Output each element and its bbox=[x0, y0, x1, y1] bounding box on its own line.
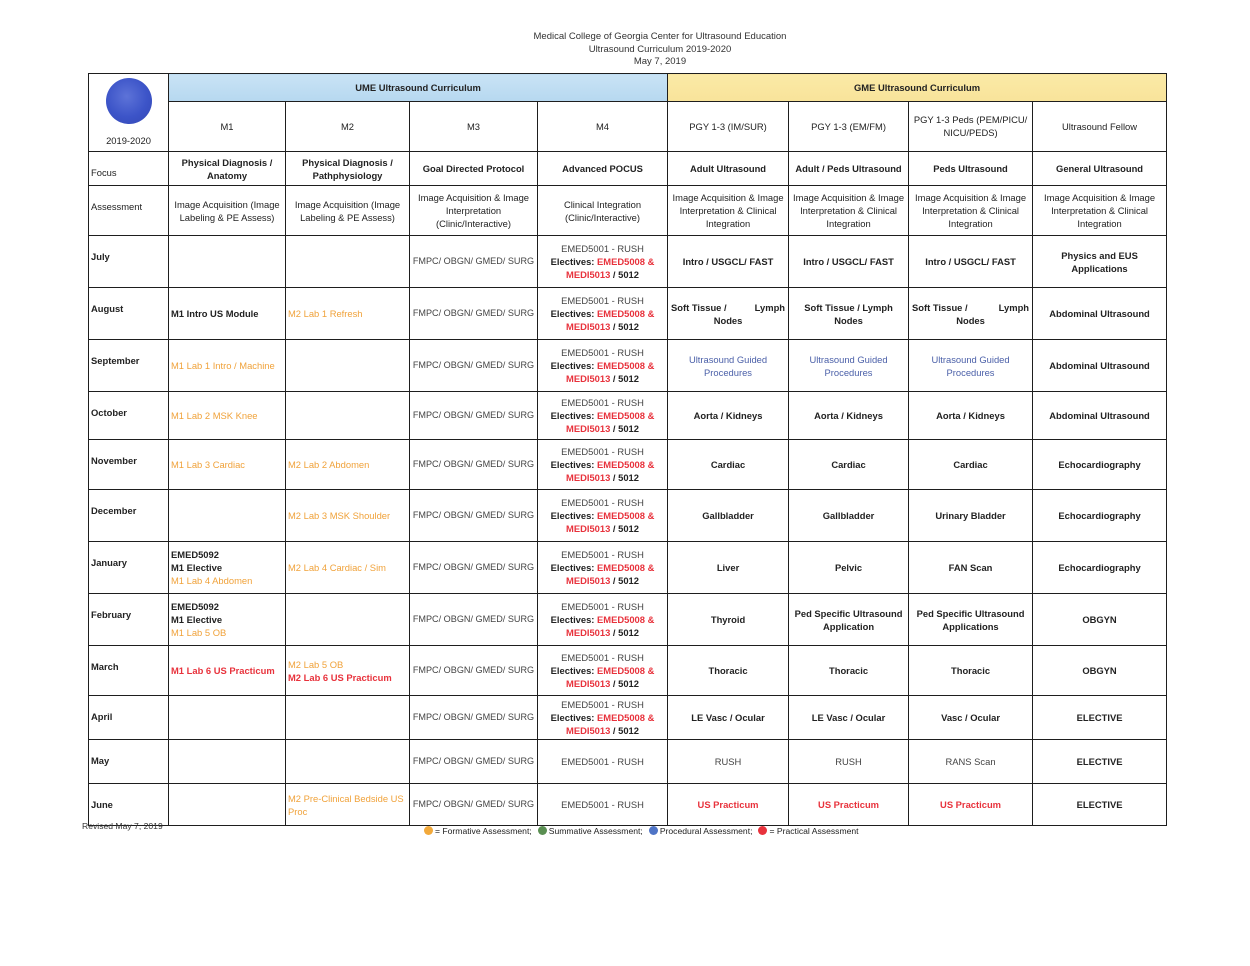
month-row: JulyFMPC/ OBGN/ GMED/ SURGEMED5001 - RUS… bbox=[89, 236, 1167, 288]
gme-text-part: Nodes bbox=[670, 314, 786, 327]
m4-cell: EMED5001 - RUSHElectives: EMED5008 &MEDI… bbox=[538, 542, 668, 594]
elective-suffix: / 5012 bbox=[613, 627, 639, 638]
column-header-4: M4 bbox=[538, 101, 668, 151]
gme-cell: Liver bbox=[668, 542, 789, 594]
month-label: July bbox=[89, 236, 169, 288]
assessment-cell: Image Acquisition & Image Interpretation… bbox=[668, 186, 789, 236]
m2-cell bbox=[286, 236, 410, 288]
m4-core-course: EMED5001 - RUSH bbox=[540, 346, 665, 359]
m1-cell bbox=[169, 490, 286, 542]
m2-cell: M2 Lab 2 Abdomen bbox=[286, 440, 410, 490]
month-row: NovemberM1 Lab 3 CardiacM2 Lab 2 Abdomen… bbox=[89, 440, 1167, 490]
header-institution: Medical College of Georgia Center for Ul… bbox=[70, 31, 1250, 44]
assessment-cell: Image Acquisition & Image Interpretation… bbox=[909, 186, 1033, 236]
m1-cell bbox=[169, 784, 286, 826]
m4-electives-cont: MEDI5013 / 5012 bbox=[540, 268, 665, 281]
month-row: AugustM1 Intro US ModuleM2 Lab 1 Refresh… bbox=[89, 288, 1167, 340]
focus-cell: Adult / Peds Ultrasound bbox=[789, 152, 909, 186]
gme-cell: Soft Tissue /LymphNodes bbox=[909, 288, 1033, 340]
revised-date: Revised May 7, 2019 bbox=[82, 821, 163, 831]
m1-entry: M1 Elective bbox=[171, 561, 283, 574]
legend-item: = Practical Assessment bbox=[758, 826, 858, 836]
m1-entry: M1 Intro US Module bbox=[171, 307, 283, 320]
focus-cell: Advanced POCUS bbox=[538, 152, 668, 186]
gme-cell: LE Vasc / Ocular bbox=[789, 696, 909, 740]
gme-cell: Thyroid bbox=[668, 594, 789, 646]
focus-cell: Peds Ultrasound bbox=[909, 152, 1033, 186]
elective-suffix: / 5012 bbox=[613, 725, 639, 736]
m4-electives: Electives: EMED5008 & bbox=[540, 613, 665, 626]
elective-suffix: / 5012 bbox=[613, 472, 639, 483]
corner-year: 2019-2020 bbox=[106, 135, 151, 146]
gme-cell: Cardiac bbox=[909, 440, 1033, 490]
m2-cell bbox=[286, 340, 410, 392]
elective-code: MEDI5013 bbox=[566, 678, 610, 689]
m4-cell: EMED5001 - RUSHElectives: EMED5008 &MEDI… bbox=[538, 490, 668, 542]
electives-label: Electives: bbox=[551, 562, 595, 573]
gme-cell: Vasc / Ocular bbox=[909, 696, 1033, 740]
elective-code: EMED5008 & bbox=[597, 308, 654, 319]
m3-cell: FMPC/ OBGN/ GMED/ SURG bbox=[410, 490, 538, 542]
legend-label: Summative Assessment; bbox=[549, 826, 643, 836]
focus-cell: Goal Directed Protocol bbox=[410, 152, 538, 186]
header-title: Ultrasound Curriculum 2019-2020 bbox=[70, 44, 1250, 57]
elective-code: EMED5008 & bbox=[597, 614, 654, 625]
m2-entry: M2 Lab 6 US Practicum bbox=[288, 671, 407, 684]
m2-cell: M2 Pre-Clinical Bedside US Proc bbox=[286, 784, 410, 826]
m2-entry: M2 Lab 3 MSK Shoulder bbox=[288, 509, 407, 522]
gme-cell: Ultrasound Guided Procedures bbox=[909, 340, 1033, 392]
m4-cell: EMED5001 - RUSHElectives: EMED5008 &MEDI… bbox=[538, 696, 668, 740]
m1-entry: EMED5092 bbox=[171, 548, 283, 561]
column-header-2: M2 bbox=[286, 101, 410, 151]
formative-dot-icon bbox=[424, 826, 433, 835]
m1-entry: EMED5092 bbox=[171, 600, 283, 613]
m2-entry: M2 Lab 2 Abdomen bbox=[288, 458, 407, 471]
gme-cell: US Practicum bbox=[909, 784, 1033, 826]
legend-item: Summative Assessment; bbox=[538, 826, 643, 836]
gme-cell: ELECTIVE bbox=[1033, 784, 1167, 826]
gme-cell: Cardiac bbox=[789, 440, 909, 490]
m4-electives-cont: MEDI5013 / 5012 bbox=[540, 677, 665, 690]
gme-cell: US Practicum bbox=[789, 784, 909, 826]
gme-cell: Aorta / Kidneys bbox=[789, 392, 909, 440]
m4-core-course: EMED5001 - RUSH bbox=[540, 294, 665, 307]
elective-code: MEDI5013 bbox=[566, 627, 610, 638]
gme-cell: Intro / USGCL/ FAST bbox=[909, 236, 1033, 288]
month-row: FebruaryEMED5092M1 ElectiveM1 Lab 5 OBFM… bbox=[89, 594, 1167, 646]
assessment-label: Assessment bbox=[89, 186, 169, 236]
corner-cell: 2019-2020 bbox=[89, 74, 169, 152]
m2-cell bbox=[286, 696, 410, 740]
electives-label: Electives: bbox=[551, 308, 595, 319]
m1-cell: M1 Lab 3 Cardiac bbox=[169, 440, 286, 490]
gme-cell: Abdominal Ultrasound bbox=[1033, 288, 1167, 340]
m4-core-course: EMED5001 - RUSH bbox=[540, 445, 665, 458]
m1-entry: M1 Lab 4 Abdomen bbox=[171, 574, 283, 587]
m4-electives-cont: MEDI5013 / 5012 bbox=[540, 471, 665, 484]
legend-label: = Practical Assessment bbox=[769, 826, 858, 836]
gme-cell: Soft Tissue / Lymph Nodes bbox=[789, 288, 909, 340]
column-header-5: PGY 1-3 (IM/SUR) bbox=[668, 101, 789, 151]
month-row: SeptemberM1 Lab 1 Intro / MachineFMPC/ O… bbox=[89, 340, 1167, 392]
gme-cell: FAN Scan bbox=[909, 542, 1033, 594]
m4-core-course: EMED5001 - RUSH bbox=[540, 600, 665, 613]
month-label: October bbox=[89, 392, 169, 440]
m3-cell: FMPC/ OBGN/ GMED/ SURG bbox=[410, 594, 538, 646]
m1-cell bbox=[169, 696, 286, 740]
electives-label: Electives: bbox=[551, 256, 595, 267]
m1-entry: M1 Elective bbox=[171, 613, 283, 626]
m3-cell: FMPC/ OBGN/ GMED/ SURG bbox=[410, 740, 538, 784]
m1-cell: M1 Intro US Module bbox=[169, 288, 286, 340]
elective-code: EMED5008 & bbox=[597, 360, 654, 371]
month-label: August bbox=[89, 288, 169, 340]
m2-cell: M2 Lab 4 Cardiac / Sim bbox=[286, 542, 410, 594]
gme-cell: RANS Scan bbox=[909, 740, 1033, 784]
gme-cell: RUSH bbox=[789, 740, 909, 784]
m4-core-course: EMED5001 - RUSH bbox=[540, 396, 665, 409]
gme-cell: LE Vasc / Ocular bbox=[668, 696, 789, 740]
elective-code: MEDI5013 bbox=[566, 423, 610, 434]
month-label: April bbox=[89, 696, 169, 740]
m4-cell: EMED5001 - RUSHElectives: EMED5008 &MEDI… bbox=[538, 392, 668, 440]
m4-electives: Electives: EMED5008 & bbox=[540, 307, 665, 320]
gme-cell: Gallbladder bbox=[789, 490, 909, 542]
month-label: September bbox=[89, 340, 169, 392]
month-row: JuneM2 Pre-Clinical Bedside US ProcFMPC/… bbox=[89, 784, 1167, 826]
m2-entry: M2 Lab 4 Cardiac / Sim bbox=[288, 561, 407, 574]
assessment-cell: Image Acquisition & Image Interpretation… bbox=[410, 186, 538, 236]
gme-cell: Urinary Bladder bbox=[909, 490, 1033, 542]
focus-cell: Adult Ultrasound bbox=[668, 152, 789, 186]
gme-cell: Abdominal Ultrasound bbox=[1033, 392, 1167, 440]
curriculum-table: 2019-2020 UME Ultrasound Curriculum GME … bbox=[88, 73, 1167, 826]
month-row: MarchM1 Lab 6 US PracticumM2 Lab 5 OBM2 … bbox=[89, 646, 1167, 696]
electives-label: Electives: bbox=[551, 665, 595, 676]
electives-label: Electives: bbox=[551, 510, 595, 521]
electives-label: Electives: bbox=[551, 712, 595, 723]
gme-cell: Ultrasound Guided Procedures bbox=[668, 340, 789, 392]
focus-cell: General Ultrasound bbox=[1033, 152, 1167, 186]
assessment-cell: Clinical Integration (Clinic/Interactive… bbox=[538, 186, 668, 236]
m4-electives-cont: MEDI5013 / 5012 bbox=[540, 320, 665, 333]
m4-cell: EMED5001 - RUSH bbox=[538, 784, 668, 826]
month-label: March bbox=[89, 646, 169, 696]
gme-cell: US Practicum bbox=[668, 784, 789, 826]
m1-entry: M1 Lab 1 Intro / Machine bbox=[171, 359, 283, 372]
elective-code: MEDI5013 bbox=[566, 725, 610, 736]
gme-cell: Echocardiography bbox=[1033, 490, 1167, 542]
m4-electives-cont: MEDI5013 / 5012 bbox=[540, 372, 665, 385]
gme-text-part: Soft Tissue / bbox=[671, 301, 727, 314]
gme-text-part: Lymph bbox=[999, 301, 1029, 314]
month-label: February bbox=[89, 594, 169, 646]
column-header-1: M1 bbox=[169, 101, 286, 151]
elective-suffix: / 5012 bbox=[613, 321, 639, 332]
gme-cell: Physics and EUS Applications bbox=[1033, 236, 1167, 288]
m3-cell: FMPC/ OBGN/ GMED/ SURG bbox=[410, 542, 538, 594]
legend-label: Procedural Assessment; bbox=[660, 826, 753, 836]
gme-cell: Echocardiography bbox=[1033, 440, 1167, 490]
m1-cell: M1 Lab 6 US Practicum bbox=[169, 646, 286, 696]
m3-cell: FMPC/ OBGN/ GMED/ SURG bbox=[410, 392, 538, 440]
m4-electives-cont: MEDI5013 / 5012 bbox=[540, 422, 665, 435]
elective-code: MEDI5013 bbox=[566, 373, 610, 384]
m4-cell: EMED5001 - RUSHElectives: EMED5008 &MEDI… bbox=[538, 646, 668, 696]
column-header-3: M3 bbox=[410, 101, 538, 151]
ume-header: UME Ultrasound Curriculum bbox=[169, 74, 668, 102]
gme-cell: Aorta / Kidneys bbox=[668, 392, 789, 440]
m1-entry: M1 Lab 6 US Practicum bbox=[171, 664, 283, 677]
gme-text-part: Nodes bbox=[911, 314, 1030, 327]
gme-cell: Intro / USGCL/ FAST bbox=[789, 236, 909, 288]
m1-cell: M1 Lab 2 MSK Knee bbox=[169, 392, 286, 440]
gme-cell: Ped Specific Ultrasound Applications bbox=[909, 594, 1033, 646]
electives-label: Electives: bbox=[551, 459, 595, 470]
focus-cell: Physical Diagnosis / Anatomy bbox=[169, 152, 286, 186]
m2-cell: M2 Lab 3 MSK Shoulder bbox=[286, 490, 410, 542]
m1-cell: EMED5092M1 ElectiveM1 Lab 5 OB bbox=[169, 594, 286, 646]
gme-text-part: Lymph bbox=[755, 301, 785, 314]
elective-suffix: / 5012 bbox=[613, 575, 639, 586]
gme-cell: Abdominal Ultrasound bbox=[1033, 340, 1167, 392]
legend-item: = Formative Assessment; bbox=[424, 826, 532, 836]
month-label: May bbox=[89, 740, 169, 784]
m1-cell bbox=[169, 236, 286, 288]
m4-cell: EMED5001 - RUSH bbox=[538, 740, 668, 784]
gme-cell: Aorta / Kidneys bbox=[909, 392, 1033, 440]
electives-label: Electives: bbox=[551, 410, 595, 421]
legend-label: = Formative Assessment; bbox=[435, 826, 532, 836]
month-row: JanuaryEMED5092M1 ElectiveM1 Lab 4 Abdom… bbox=[89, 542, 1167, 594]
gme-cell: ELECTIVE bbox=[1033, 696, 1167, 740]
gme-split-line: Soft Tissue /Lymph bbox=[911, 301, 1030, 314]
m4-cell: EMED5001 - RUSHElectives: EMED5008 &MEDI… bbox=[538, 288, 668, 340]
m4-electives: Electives: EMED5008 & bbox=[540, 359, 665, 372]
elective-code: MEDI5013 bbox=[566, 269, 610, 280]
elective-code: MEDI5013 bbox=[566, 472, 610, 483]
m4-cell: EMED5001 - RUSHElectives: EMED5008 &MEDI… bbox=[538, 340, 668, 392]
practical-dot-icon bbox=[758, 826, 767, 835]
month-row: OctoberM1 Lab 2 MSK KneeFMPC/ OBGN/ GMED… bbox=[89, 392, 1167, 440]
m2-cell bbox=[286, 594, 410, 646]
m4-cell: EMED5001 - RUSHElectives: EMED5008 &MEDI… bbox=[538, 236, 668, 288]
m3-cell: FMPC/ OBGN/ GMED/ SURG bbox=[410, 696, 538, 740]
elective-code: EMED5008 & bbox=[597, 562, 654, 573]
gme-header: GME Ultrasound Curriculum bbox=[668, 74, 1167, 102]
m4-electives-cont: MEDI5013 / 5012 bbox=[540, 626, 665, 639]
gme-cell: OBGYN bbox=[1033, 594, 1167, 646]
university-seal-logo-icon bbox=[106, 78, 152, 124]
m3-cell: FMPC/ OBGN/ GMED/ SURG bbox=[410, 784, 538, 826]
elective-suffix: / 5012 bbox=[613, 423, 639, 434]
document-header: Medical College of Georgia Center for Ul… bbox=[0, 31, 1250, 69]
gme-cell: RUSH bbox=[668, 740, 789, 784]
summative-dot-icon bbox=[538, 826, 547, 835]
elective-code: MEDI5013 bbox=[566, 523, 610, 534]
assessment-legend: = Formative Assessment;Summative Assessm… bbox=[424, 826, 865, 836]
elective-code: EMED5008 & bbox=[597, 459, 654, 470]
m4-electives-cont: MEDI5013 / 5012 bbox=[540, 574, 665, 587]
m4-electives: Electives: EMED5008 & bbox=[540, 255, 665, 268]
m4-electives: Electives: EMED5008 & bbox=[540, 711, 665, 724]
month-label: December bbox=[89, 490, 169, 542]
gme-cell: Intro / USGCL/ FAST bbox=[668, 236, 789, 288]
elective-code: EMED5008 & bbox=[597, 712, 654, 723]
gme-cell: Gallbladder bbox=[668, 490, 789, 542]
month-label: June bbox=[89, 784, 169, 826]
m4-core-course: EMED5001 - RUSH bbox=[540, 755, 665, 768]
header-date: May 7, 2019 bbox=[70, 56, 1250, 69]
m2-entry: M2 Pre-Clinical Bedside US Proc bbox=[288, 792, 407, 818]
gme-cell: Thoracic bbox=[789, 646, 909, 696]
m4-core-course: EMED5001 - RUSH bbox=[540, 548, 665, 561]
focus-cell: Physical Diagnosis / Pathphysiology bbox=[286, 152, 410, 186]
column-header-6: PGY 1-3 (EM/FM) bbox=[789, 101, 909, 151]
gme-cell: Thoracic bbox=[668, 646, 789, 696]
column-header-7: PGY 1-3 Peds (PEM/PICU/ NICU/PEDS) bbox=[909, 101, 1033, 151]
m1-cell: M1 Lab 1 Intro / Machine bbox=[169, 340, 286, 392]
assessment-cell: Image Acquisition (Image Labeling & PE A… bbox=[286, 186, 410, 236]
gme-cell: Pelvic bbox=[789, 542, 909, 594]
elective-suffix: / 5012 bbox=[613, 678, 639, 689]
m4-core-course: EMED5001 - RUSH bbox=[540, 242, 665, 255]
m2-cell: M2 Lab 1 Refresh bbox=[286, 288, 410, 340]
elective-suffix: / 5012 bbox=[613, 523, 639, 534]
m1-entry: M1 Lab 5 OB bbox=[171, 626, 283, 639]
elective-code: EMED5008 & bbox=[597, 410, 654, 421]
gme-text-part: Soft Tissue / bbox=[912, 301, 968, 314]
m2-entry: M2 Lab 5 OB bbox=[288, 658, 407, 671]
m2-cell bbox=[286, 392, 410, 440]
m4-core-course: EMED5001 - RUSH bbox=[540, 698, 665, 711]
m1-cell: EMED5092M1 ElectiveM1 Lab 4 Abdomen bbox=[169, 542, 286, 594]
m3-cell: FMPC/ OBGN/ GMED/ SURG bbox=[410, 288, 538, 340]
month-row: AprilFMPC/ OBGN/ GMED/ SURGEMED5001 - RU… bbox=[89, 696, 1167, 740]
m1-entry: M1 Lab 2 MSK Knee bbox=[171, 409, 283, 422]
m4-cell: EMED5001 - RUSHElectives: EMED5008 &MEDI… bbox=[538, 440, 668, 490]
m2-cell bbox=[286, 740, 410, 784]
focus-label: Focus bbox=[89, 152, 169, 186]
m4-electives: Electives: EMED5008 & bbox=[540, 409, 665, 422]
m3-cell: FMPC/ OBGN/ GMED/ SURG bbox=[410, 646, 538, 696]
electives-label: Electives: bbox=[551, 614, 595, 625]
elective-code: MEDI5013 bbox=[566, 321, 610, 332]
m4-electives: Electives: EMED5008 & bbox=[540, 664, 665, 677]
assessment-cell: Image Acquisition & Image Interpretation… bbox=[789, 186, 909, 236]
m4-electives: Electives: EMED5008 & bbox=[540, 458, 665, 471]
assessment-cell: Image Acquisition & Image Interpretation… bbox=[1033, 186, 1167, 236]
legend-item: Procedural Assessment; bbox=[649, 826, 753, 836]
month-label: January bbox=[89, 542, 169, 594]
m3-cell: FMPC/ OBGN/ GMED/ SURG bbox=[410, 340, 538, 392]
assessment-cell: Image Acquisition (Image Labeling & PE A… bbox=[169, 186, 286, 236]
m2-entry: M2 Lab 1 Refresh bbox=[288, 307, 407, 320]
m2-cell: M2 Lab 5 OBM2 Lab 6 US Practicum bbox=[286, 646, 410, 696]
gme-cell: ELECTIVE bbox=[1033, 740, 1167, 784]
gme-cell: Cardiac bbox=[668, 440, 789, 490]
m4-electives-cont: MEDI5013 / 5012 bbox=[540, 522, 665, 535]
m4-electives-cont: MEDI5013 / 5012 bbox=[540, 724, 665, 737]
m4-core-course: EMED5001 - RUSH bbox=[540, 798, 665, 811]
gme-cell: Soft Tissue /LymphNodes bbox=[668, 288, 789, 340]
m3-cell: FMPC/ OBGN/ GMED/ SURG bbox=[410, 440, 538, 490]
column-header-8: Ultrasound Fellow bbox=[1033, 101, 1167, 151]
elective-suffix: / 5012 bbox=[613, 269, 639, 280]
gme-cell: Ped Specific Ultrasound Application bbox=[789, 594, 909, 646]
month-row: DecemberM2 Lab 3 MSK ShoulderFMPC/ OBGN/… bbox=[89, 490, 1167, 542]
gme-cell: Echocardiography bbox=[1033, 542, 1167, 594]
m4-cell: EMED5001 - RUSHElectives: EMED5008 &MEDI… bbox=[538, 594, 668, 646]
elective-code: MEDI5013 bbox=[566, 575, 610, 586]
m1-entry: M1 Lab 3 Cardiac bbox=[171, 458, 283, 471]
gme-cell: OBGYN bbox=[1033, 646, 1167, 696]
gme-split-line: Soft Tissue /Lymph bbox=[670, 301, 786, 314]
m4-electives: Electives: EMED5008 & bbox=[540, 509, 665, 522]
procedural-dot-icon bbox=[649, 826, 658, 835]
month-label: November bbox=[89, 440, 169, 490]
m1-cell bbox=[169, 740, 286, 784]
m4-electives: Electives: EMED5008 & bbox=[540, 561, 665, 574]
m3-cell: FMPC/ OBGN/ GMED/ SURG bbox=[410, 236, 538, 288]
elective-code: EMED5008 & bbox=[597, 510, 654, 521]
month-row: MayFMPC/ OBGN/ GMED/ SURGEMED5001 - RUSH… bbox=[89, 740, 1167, 784]
gme-cell: Thoracic bbox=[909, 646, 1033, 696]
elective-code: EMED5008 & bbox=[597, 256, 654, 267]
gme-cell: Ultrasound Guided Procedures bbox=[789, 340, 909, 392]
m4-core-course: EMED5001 - RUSH bbox=[540, 496, 665, 509]
m4-core-course: EMED5001 - RUSH bbox=[540, 651, 665, 664]
elective-code: EMED5008 & bbox=[597, 665, 654, 676]
elective-suffix: / 5012 bbox=[613, 373, 639, 384]
electives-label: Electives: bbox=[551, 360, 595, 371]
